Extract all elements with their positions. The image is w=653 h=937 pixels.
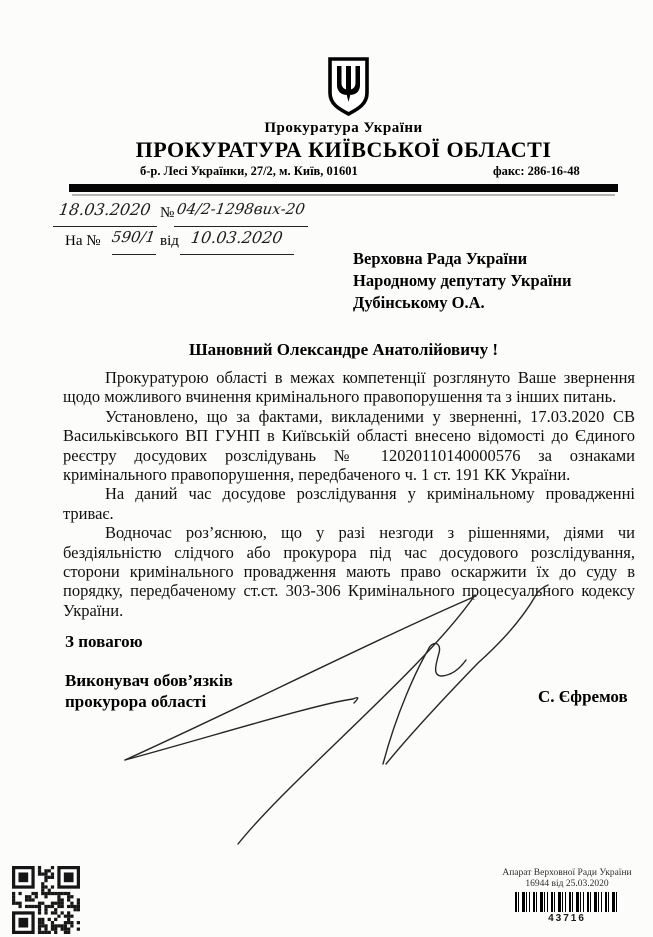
addressee-line: Дубінському О.А. (353, 292, 572, 314)
incoming-number-field: 590/1 (112, 228, 156, 255)
addressee-block: Верховна Рада України Народному депутату… (353, 248, 572, 314)
barcode-number: 43716 (492, 913, 642, 924)
salutation: Шановний Олександре Анатолійовичу ! (69, 340, 618, 360)
from-date-label: від (160, 233, 179, 250)
letterhead-office-name: ПРОКУРАТУРА КИЇВСЬКОЇ ОБЛАСТІ (49, 137, 638, 163)
registration-stamp: Апарат Верховної Ради України 16944 від … (492, 868, 642, 924)
outgoing-date-field: 18.03.2020 (53, 200, 157, 227)
body-paragraph: Прокуратурою області в межах компетенції… (63, 368, 635, 407)
handwritten-outgoing-date: 18.03.2020 (58, 200, 152, 219)
addressee-line: Народному депутату України (353, 270, 572, 292)
outgoing-number-field: 04/2-1298вих-20 (174, 200, 308, 227)
letterhead-parent-org: Прокуратура України (69, 120, 618, 137)
body-paragraph: На даний час досудове розслідування у кр… (63, 484, 635, 523)
body-paragraph: Установлено, що за фактами, викладеними … (63, 407, 635, 485)
letterhead-divider-shadow (72, 194, 615, 196)
letterhead-divider (69, 184, 618, 192)
barcode-icon (515, 892, 619, 912)
stamp-office: Апарат Верховної Ради України (492, 868, 642, 879)
handwritten-incoming-number: 590/1 (111, 228, 157, 246)
number-label: № (160, 205, 174, 222)
incoming-date-field: 10.03.2020 (180, 228, 294, 255)
addressee-line: Верховна Рада України (353, 248, 572, 270)
handwritten-outgoing-number: 04/2-1298вих-20 (176, 200, 306, 218)
document-page: Прокуратура України ПРОКУРАТУРА КИЇВСЬКО… (0, 0, 653, 937)
qr-code-icon (12, 863, 80, 937)
stamp-number-date: 16944 від 25.03.2020 (492, 879, 642, 890)
handwritten-incoming-date: 10.03.2020 (190, 228, 284, 247)
ukraine-trident-emblem (327, 57, 370, 116)
reply-to-label: На № (65, 233, 101, 250)
letterhead-address: б-р. Лесі Українки, 27/2, м. Київ, 01601 (140, 164, 358, 179)
handwritten-signature-icon (95, 583, 560, 868)
letterhead-fax: факс: 286-16-48 (493, 164, 580, 179)
